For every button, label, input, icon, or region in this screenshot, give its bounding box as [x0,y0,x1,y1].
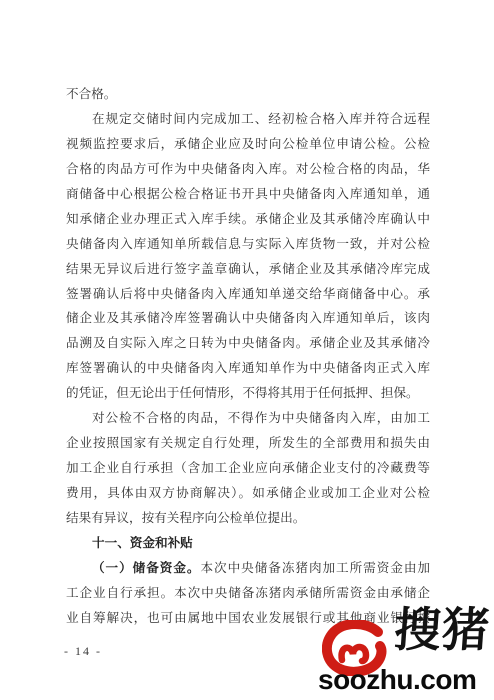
soozhu-watermark: 搜猪 soozhu.com [316,612,492,698]
item-text: 本次中央储备冻猪肉加工所需资金由加 [200,561,430,575]
text-line: 加工企业自行承担（含加工企业应向承储企业支付的冷藏费等 [66,456,430,481]
text-line: 的凭证，但无论出于任何情形，不得将其用于任何抵押、担保。 [66,381,430,406]
section-heading: 十一、资金和补贴 [66,531,430,556]
text-line: 对公检不合格的肉品，不得作为中央储备肉入库，由加工 [66,406,430,431]
text-line: 品溯及自实际入库之日转为中央储备肉。承储企业及其承储冷 [66,331,430,356]
text-line: 储企业及其承储冷库签署确认中央储备肉入库通知单后，该肉 [66,306,430,331]
text-line: 视频监控要求后，承储企业应及时向公检单位申请公检。公检 [66,132,430,157]
text-line: （一）储备资金。本次中央储备冻猪肉加工所需资金由加 [66,556,430,581]
soozhu-domain: soozhu.com [318,664,476,696]
soozhu-brand-cn: 搜猪 [392,608,493,655]
text-line: 费用，具体由双方协商解决）。如承储企业或加工企业对公检 [66,481,430,506]
text-line: 合格的肉品方可作为中央储备肉入库。对公检合格的肉品，华 [66,157,430,182]
text-line: 商储备中心根据公检合格证书开具中央储备肉入库通知单，通 [66,182,430,207]
text-line: 知承储企业办理正式入库手续。承储企业及其承储冷库确认中 [66,207,430,232]
text-line: 库签署确认的中央储备肉入库通知单作为中央储备肉正式入库 [66,356,430,381]
text-line: 工企业自行承担。本次中央储备冻猪肉承储所需资金由承储企 [66,581,430,606]
document-page: 不合格。 在规定交储时间内完成加工、经初检合格入库并符合远程 视频监控要求后，承… [0,0,494,700]
page-number: - 14 - [64,644,102,659]
text-line: 签署确认后将中央储备肉入库通知单递交给华商储备中心。承 [66,282,430,307]
text-line: 结果无异议后进行签字盖章确认，承储企业及其承储冷库完成 [66,257,430,282]
text-line: 结果有异议，按有关程序向公检单位提出。 [66,506,430,531]
text-line: 央储备肉入库通知单所载信息与实际入库货物一致，并对公检 [66,232,430,257]
item-label: （一）储备资金。 [92,561,200,575]
text-line: 在规定交储时间内完成加工、经初检合格入库并符合远程 [66,107,430,132]
text-line: 不合格。 [66,82,430,107]
body-text: 不合格。 在规定交储时间内完成加工、经初检合格入库并符合远程 视频监控要求后，承… [66,82,430,631]
text-line: 企业按照国家有关规定自行处理，所发生的全部费用和损失由 [66,431,430,456]
